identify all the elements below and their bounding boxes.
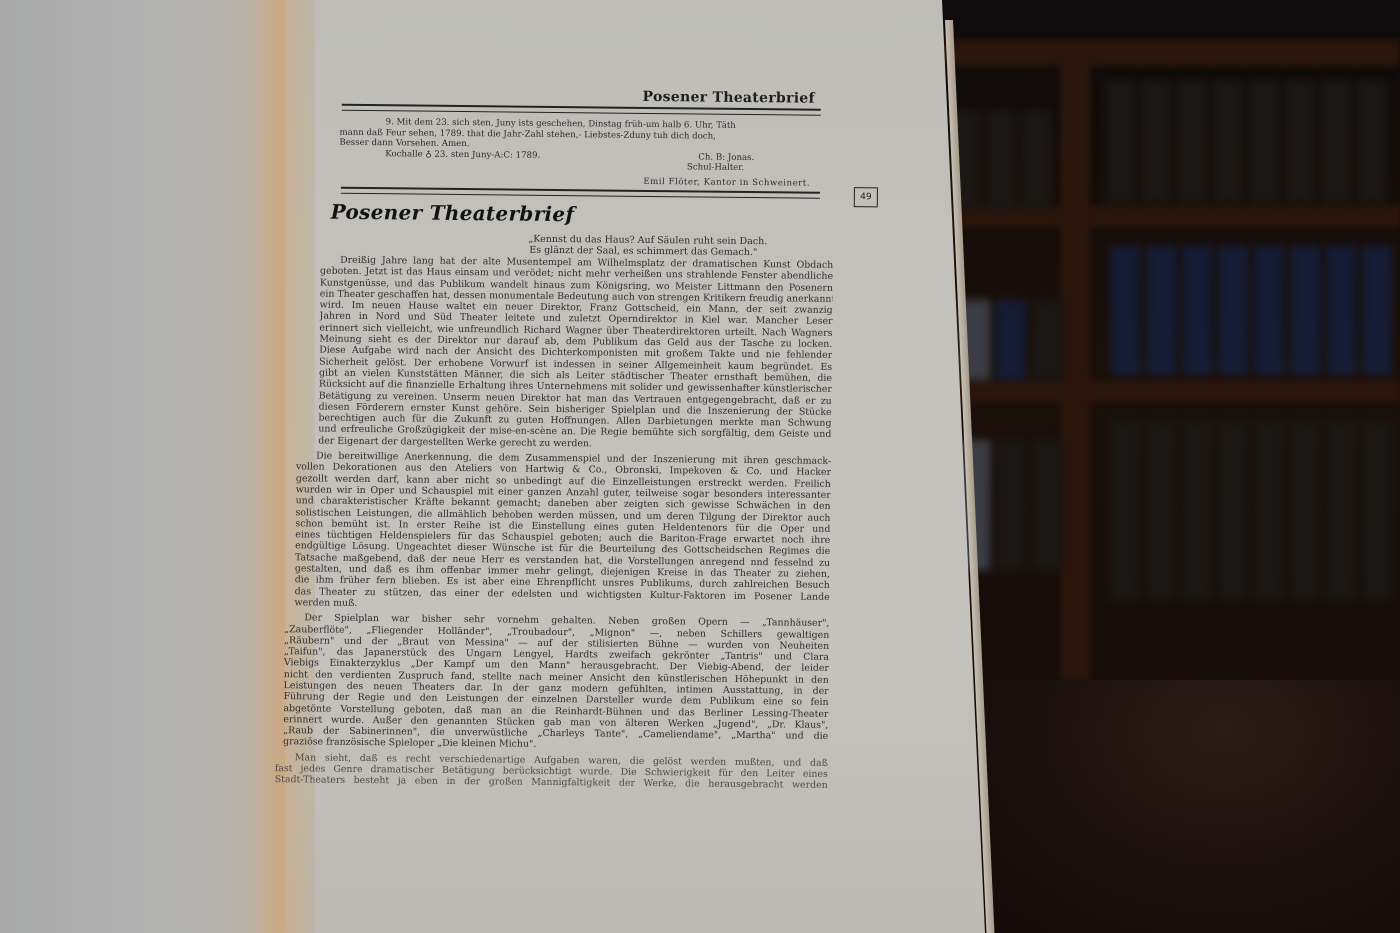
shelf-board-middle	[930, 380, 1400, 402]
epigraph-place-date: Kochalle ♁ 23. sten Juny-A:C: 1789.	[385, 149, 540, 161]
epigraph-attribution: Emil Flöter, Kantor in Schweinert.	[339, 173, 814, 188]
shelf-board-top	[930, 40, 1400, 66]
book-row-middle-left	[960, 300, 1062, 380]
paragraph-3: Der Spielplan war bisher sehr vornehm ge…	[283, 612, 829, 753]
book-row-blue	[1110, 245, 1392, 375]
page-content: Posener Theaterbrief 9. Mit dem 23. sich…	[263, 85, 835, 796]
paragraph-1: Dreißig Jahre lang hat der alte Musentem…	[318, 255, 833, 452]
book-row-top-left	[950, 110, 1052, 210]
book-row-lower	[1110, 420, 1392, 600]
paragraph-2: Die bereitwillige Anerkennung, die dem Z…	[295, 450, 832, 614]
book-row-top-right	[1105, 80, 1387, 205]
section-rule	[341, 187, 820, 199]
page-number: 49	[854, 187, 878, 207]
left-page-blank	[0, 0, 285, 933]
epigraph-block: 9. Mit dem 23. sich sten, Juny ists gesc…	[339, 117, 835, 189]
article-body: Dreißig Jahre lang hat der alte Musentem…	[263, 254, 834, 792]
epigraph-signer: Ch. B: Jonas.	[698, 152, 754, 163]
shelf-upright	[1060, 60, 1090, 680]
paragraph-4: Man sieht, daß es recht verschiedenartig…	[275, 752, 828, 792]
motto: „Kennst du das Haus? Auf Säulen ruht sei…	[528, 234, 833, 259]
article-title: Posener Theaterbrief	[331, 200, 834, 229]
table-surface	[960, 680, 1400, 933]
